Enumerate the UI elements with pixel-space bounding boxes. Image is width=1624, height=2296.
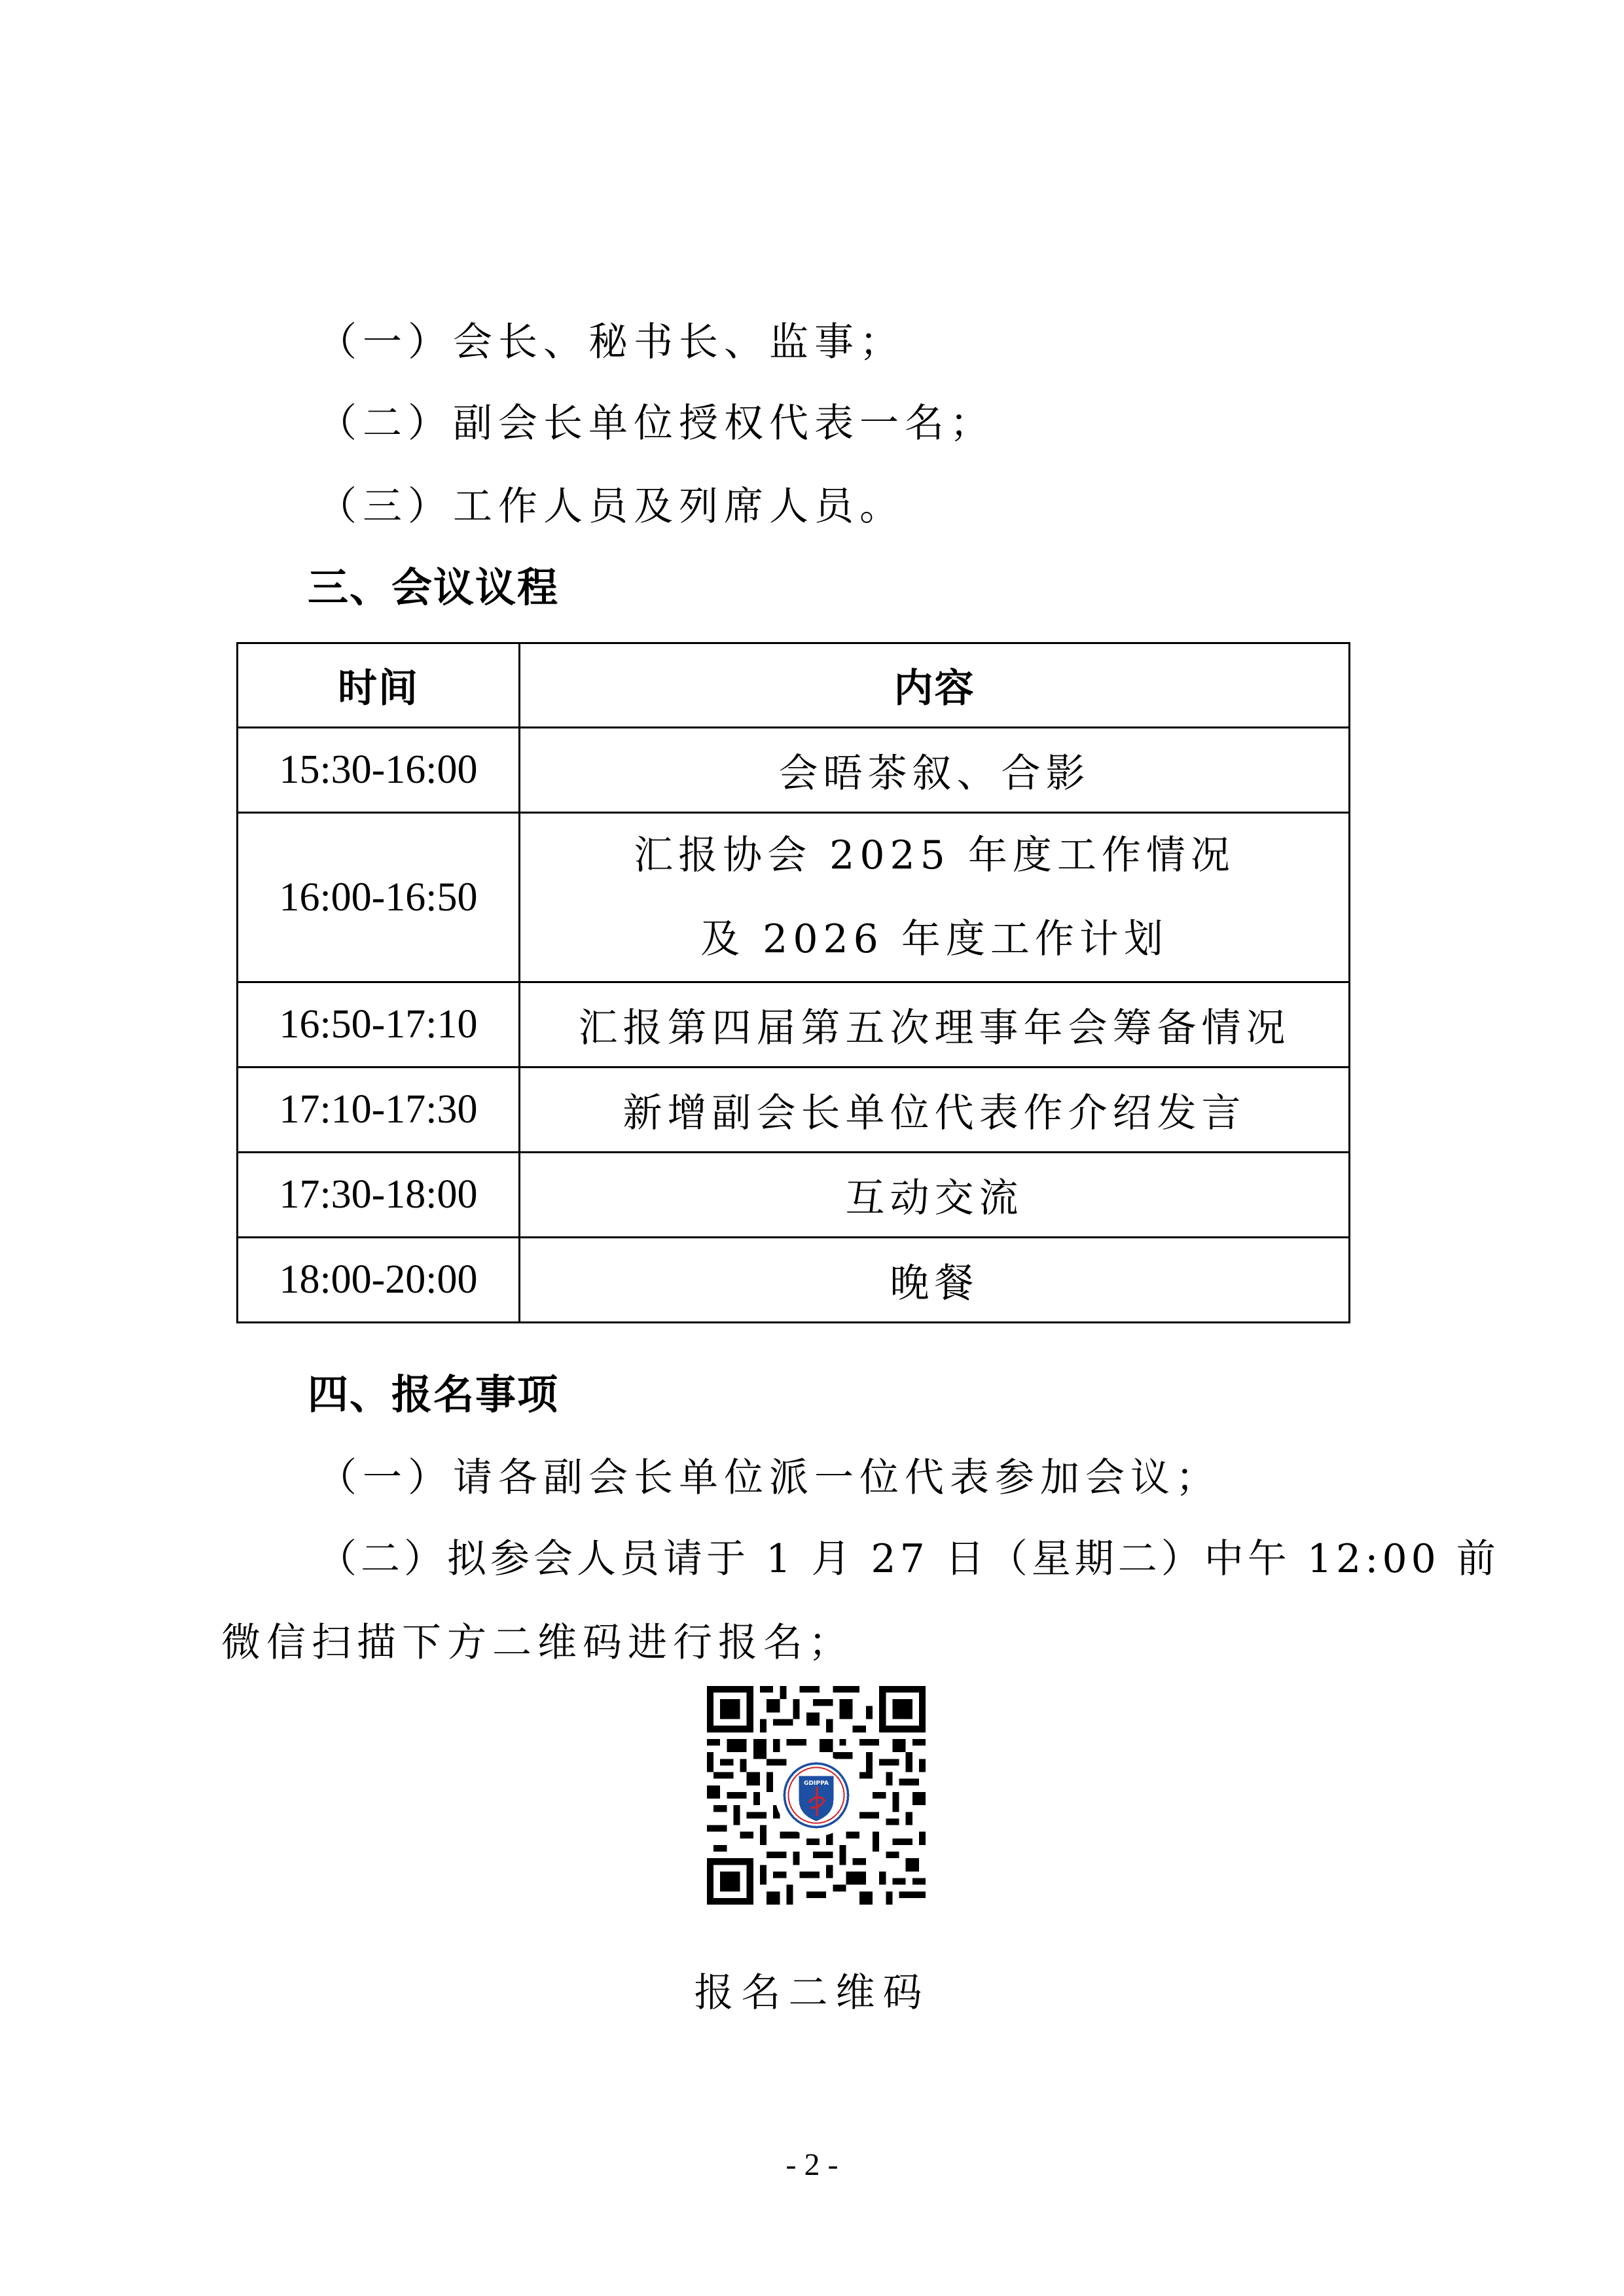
agenda-row: 17:10-17:30 新增副会长单位代表作介绍发言 (238, 1067, 1350, 1153)
agenda-time: 17:30-18:00 (238, 1153, 520, 1238)
agenda-row: 18:00-20:00 晚餐 (238, 1238, 1350, 1323)
agenda-content: 汇报第四届第五次理事年会筹备情况 (520, 982, 1350, 1067)
qr-code-icon: GDIPPA (707, 1686, 926, 1905)
agenda-content: 晚餐 (520, 1238, 1350, 1323)
agenda-row: 17:30-18:00 互动交流 (238, 1153, 1350, 1238)
attendee-item-2: （二）副会长单位授权代表一名； (317, 397, 995, 450)
agenda-row: 16:50-17:10 汇报第四届第五次理事年会筹备情况 (238, 982, 1350, 1067)
column-header-time: 时间 (238, 643, 520, 728)
registration-item-1: （一）请各副会长单位派一位代表参加会议； (317, 1452, 1221, 1504)
qr-logo-text: GDIPPA (804, 1780, 829, 1787)
agenda-row: 15:30-16:00 会晤茶叙、合影 (238, 728, 1350, 813)
agenda-time: 16:00-16:50 (238, 813, 520, 982)
registration-qr-code[interactable]: GDIPPA (707, 1686, 926, 1905)
agenda-content-line-2: 及 2026 年度工作计划 (520, 897, 1348, 981)
agenda-row: 16:00-16:50 汇报协会 2025 年度工作情况 及 2026 年度工作… (238, 813, 1350, 982)
agenda-time: 18:00-20:00 (238, 1238, 520, 1323)
attendee-item-3: （三）工作人员及列席人员。 (317, 480, 905, 533)
registration-item-2-line-2: 微信扫描下方二维码进行报名； (221, 1617, 854, 1669)
column-header-content: 内容 (520, 643, 1350, 728)
agenda-table: 时间 内容 15:30-16:00 会晤茶叙、合影 16:00-16:50 汇报… (236, 642, 1350, 1323)
agenda-time: 16:50-17:10 (238, 982, 520, 1067)
agenda-content: 汇报协会 2025 年度工作情况 及 2026 年度工作计划 (520, 813, 1350, 982)
agenda-content: 互动交流 (520, 1153, 1350, 1238)
document-page: （一）会长、秘书长、监事； （二）副会长单位授权代表一名； （三）工作人员及列席… (0, 0, 1624, 2296)
agenda-heading: 三、会议议程 (308, 562, 559, 614)
attendee-item-1: （一）会长、秘书长、监事； (317, 316, 905, 368)
registration-item-2-line-1: （二）拟参会人员请于 1 月 27 日（星期二）中午 12:00 前 (317, 1533, 1500, 1585)
qr-caption: 报名二维码 (0, 1967, 1624, 2019)
agenda-time: 17:10-17:30 (238, 1067, 520, 1153)
agenda-content: 新增副会长单位代表作介绍发言 (520, 1067, 1350, 1153)
agenda-content: 会晤茶叙、合影 (520, 728, 1350, 813)
agenda-content-line-1: 汇报协会 2025 年度工作情况 (520, 814, 1348, 897)
page-number: - 2 - (0, 2147, 1624, 2183)
agenda-time: 15:30-16:00 (238, 728, 520, 813)
registration-heading: 四、报名事项 (308, 1369, 559, 1421)
agenda-header-row: 时间 内容 (238, 643, 1350, 728)
